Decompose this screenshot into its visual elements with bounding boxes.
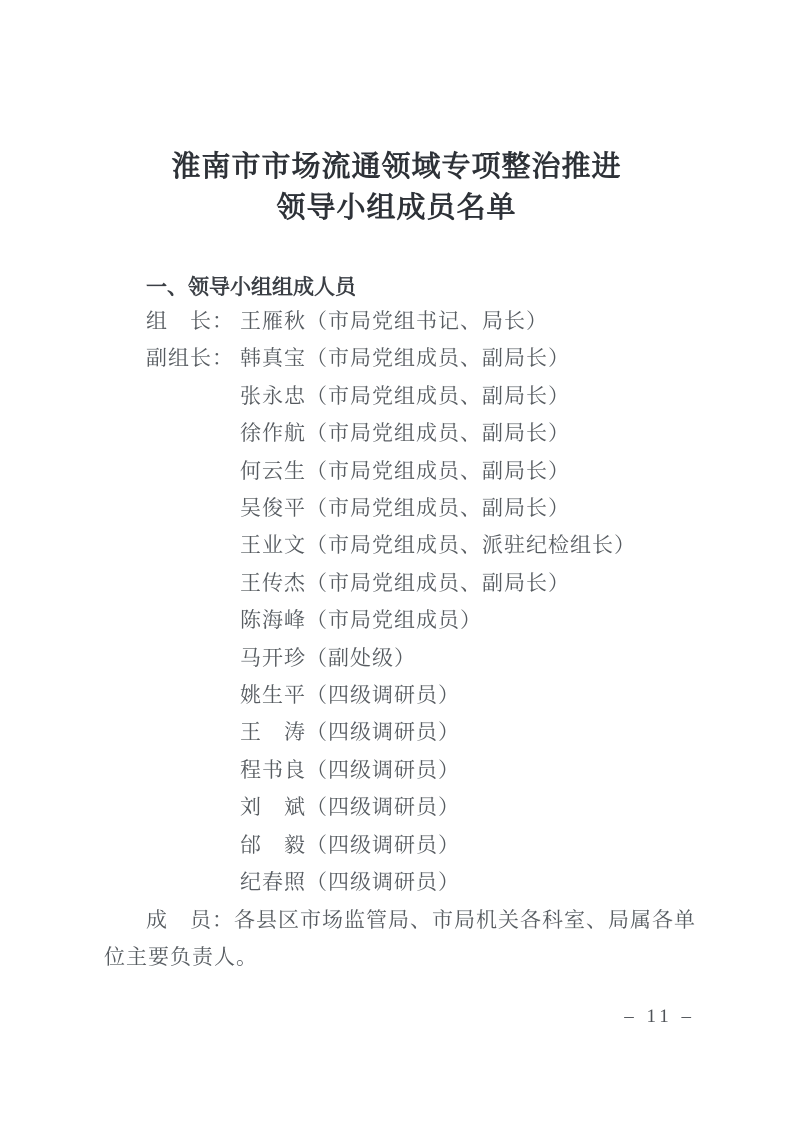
member-desc: （副处级） [306, 646, 416, 670]
group-leader-line: 组 长：王雁秋（市局党组书记、局长） [104, 303, 700, 340]
members-label: 成 员： [146, 908, 234, 932]
document-title-line2: 领导小组成员名单 [0, 188, 793, 229]
member-desc: （市局党组成员、副局长） [306, 496, 570, 520]
members-paragraph: 成 员：各县区市场监管局、市局机关各科室、局属各单位主要负责人。 [104, 902, 700, 977]
page-number: – 11 – [624, 1006, 695, 1028]
group-leader-name: 王雁秋 [240, 309, 306, 333]
member-name: 刘 斌 [240, 795, 306, 819]
member-name: 王 涛 [240, 720, 306, 744]
member-desc: （市局党组成员） [306, 608, 482, 632]
member-desc: （市局党组成员、派驻纪检组长） [306, 533, 636, 557]
document-body: 一、领导小组组成人员 组 长：王雁秋（市局党组书记、局长） 副组长： 韩真宝（市… [104, 273, 700, 976]
member-line: 吴俊平（市局党组成员、副局长） [104, 490, 700, 527]
member-desc: （四级调研员） [306, 758, 460, 782]
member-name: 王传杰 [240, 571, 306, 595]
member-desc: （市局党组成员、副局长） [306, 459, 570, 483]
member-line: 邰 毅（四级调研员） [104, 827, 700, 864]
member-desc: （四级调研员） [306, 833, 460, 857]
member-name: 程书良 [240, 758, 306, 782]
member-desc: （四级调研员） [306, 795, 460, 819]
member-desc: （市局党组成员、副局长） [306, 384, 570, 408]
deputy-leader-label: 副组长： [146, 340, 234, 377]
member-name: 纪春照 [240, 870, 306, 894]
member-desc: （四级调研员） [306, 683, 460, 707]
member-line: 纪春照（四级调研员） [104, 864, 700, 901]
member-line: 张永忠（市局党组成员、副局长） [104, 378, 700, 415]
document-page: 淮南市市场流通领域专项整治推进 领导小组成员名单 一、领导小组组成人员 组 长：… [0, 0, 793, 1123]
member-line: 姚生平（四级调研员） [104, 677, 700, 714]
section-heading: 一、领导小组组成人员 [104, 273, 700, 303]
member-desc: （四级调研员） [306, 870, 460, 894]
member-line: 马开珍（副处级） [104, 640, 700, 677]
deputy-member-list: 韩真宝（市局党组成员、副局长） 张永忠（市局党组成员、副局长） 徐作航（市局党组… [104, 340, 700, 901]
member-name: 吴俊平 [240, 496, 306, 520]
member-desc: （市局党组成员、副局长） [306, 571, 570, 595]
member-line: 王传杰（市局党组成员、副局长） [104, 565, 700, 602]
member-name: 徐作航 [240, 421, 306, 445]
member-line: 程书良（四级调研员） [104, 752, 700, 789]
member-name: 何云生 [240, 459, 306, 483]
member-name: 姚生平 [240, 683, 306, 707]
member-line: 陈海峰（市局党组成员） [104, 602, 700, 639]
member-desc: （市局党组成员、副局长） [306, 346, 570, 370]
member-desc: （四级调研员） [306, 720, 460, 744]
member-name: 陈海峰 [240, 608, 306, 632]
member-line: 王业文（市局党组成员、派驻纪检组长） [104, 527, 700, 564]
deputy-leaders-block: 副组长： 韩真宝（市局党组成员、副局长） 张永忠（市局党组成员、副局长） 徐作航… [104, 340, 700, 901]
group-leader-label: 组 长： [146, 303, 240, 340]
member-line: 王 涛（四级调研员） [104, 714, 700, 751]
document-title: 淮南市市场流通领域专项整治推进 领导小组成员名单 [0, 0, 793, 229]
member-name: 韩真宝 [240, 346, 306, 370]
member-desc: （市局党组成员、副局长） [306, 421, 570, 445]
member-line: 徐作航（市局党组成员、副局长） [104, 415, 700, 452]
member-name: 邰 毅 [240, 833, 306, 857]
document-title-line1: 淮南市市场流通领域专项整治推进 [0, 147, 793, 188]
member-line: 何云生（市局党组成员、副局长） [104, 453, 700, 490]
member-name: 王业文 [240, 533, 306, 557]
member-line: 刘 斌（四级调研员） [104, 789, 700, 826]
member-name: 马开珍 [240, 646, 306, 670]
group-leader-desc: （市局党组书记、局长） [306, 309, 548, 333]
member-name: 张永忠 [240, 384, 306, 408]
